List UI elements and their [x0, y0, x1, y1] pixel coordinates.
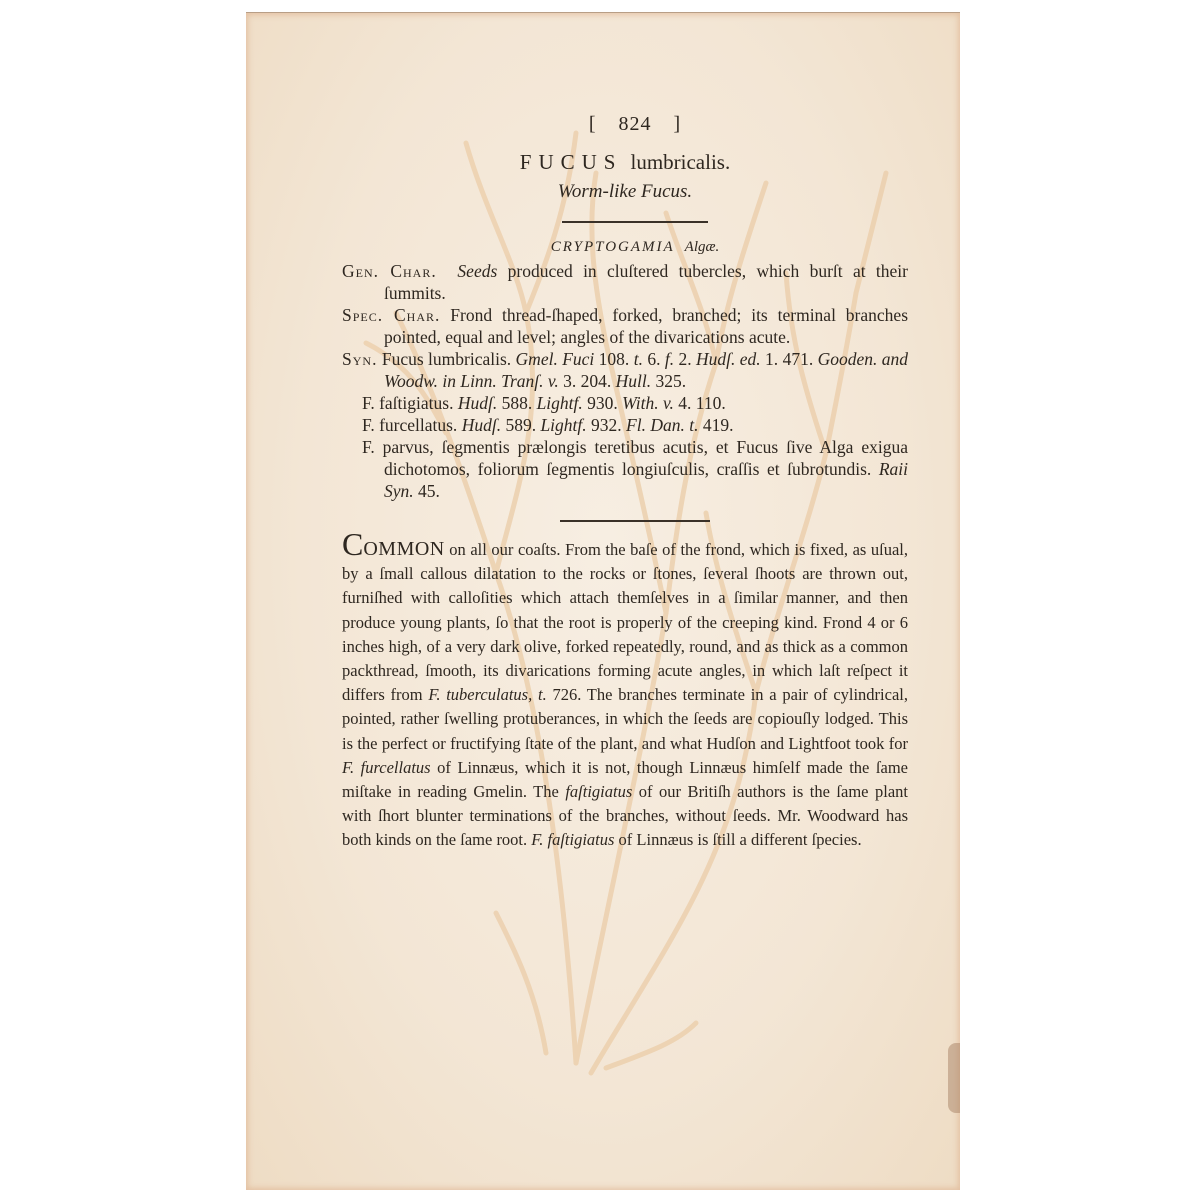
syn-text: F. parvus, ſegmentis prælongis teretibus…: [362, 437, 908, 479]
edge-stain: [948, 1043, 960, 1113]
syn-name: F. faſtigiatus.: [362, 393, 458, 413]
genus-name: FUCUS: [520, 150, 623, 174]
page-number-value: 824: [619, 113, 652, 135]
syn-ref: Gmel. Fuci: [516, 349, 595, 369]
spec-char-label: Spec. Char.: [342, 305, 440, 325]
syn-label: Syn.: [342, 349, 377, 369]
syn-text: 108.: [594, 349, 633, 369]
page-number: [824]: [362, 113, 908, 136]
divider-rule: [560, 520, 710, 522]
syn-name: F. furcellatus.: [362, 415, 462, 435]
specific-character: Spec. Char. Frond thread-ſhaped, forked,…: [342, 304, 908, 348]
classification: CRYPTOGAMIAAlgæ.: [362, 239, 908, 256]
body-italic: F. faſtigiatus: [531, 830, 614, 849]
body-italic: faſtigiatus: [565, 782, 632, 801]
synonym-furcellatus: F. furcellatus. Hudſ. 589. Lightf. 932. …: [342, 414, 908, 436]
common-name: Worm-like Fucus.: [342, 181, 908, 203]
spec-char-text: Frond thread-ſhaped, forked, branched; i…: [384, 305, 908, 347]
body-text: of Linnæus is ſtill a different ſpecies.: [614, 830, 861, 849]
syn-ref: Lightf.: [540, 415, 586, 435]
synonyms: Syn. Fucus lumbricalis. Gmel. Fuci 108. …: [342, 348, 908, 392]
syn-ref: Fl. Dan. t.: [626, 415, 698, 435]
syn-ref: Hudſ. ed.: [696, 349, 761, 369]
syn-ref: With. v.: [622, 393, 674, 413]
syn-text: 932.: [587, 415, 626, 435]
syn-ref: Hull.: [616, 371, 652, 391]
bracket-close: ]: [674, 113, 682, 135]
syn-text: 588.: [497, 393, 536, 413]
body-italic: F. furcellatus: [342, 758, 431, 777]
book-page: [824] FUCUSlumbricalis. Worm-like Fucus.…: [246, 12, 960, 1190]
species-name: lumbricalis.: [630, 150, 730, 174]
description-paragraph: COMMON on all our coaſts. From the baſe …: [342, 534, 908, 853]
syn-text: 325.: [651, 371, 686, 391]
syn-text: 930.: [583, 393, 622, 413]
drop-cap: C: [342, 526, 363, 562]
syn-ref: t.: [634, 349, 643, 369]
lead-caps: OMMON: [363, 538, 444, 560]
syn-text: 45.: [414, 481, 440, 501]
divider-rule: [562, 221, 708, 223]
page-content: [824] FUCUSlumbricalis. Worm-like Fucus.…: [342, 113, 908, 853]
bracket-open: [: [589, 113, 597, 135]
generic-character: Gen. Char. Seeds produced in cluſtered t…: [342, 260, 908, 304]
syn-text: 589.: [501, 415, 540, 435]
syn-text: 4. 110.: [674, 393, 726, 413]
syn-ref: f.: [665, 349, 674, 369]
gen-char-lead: Seeds: [457, 261, 497, 281]
syn-ref: Hudſ.: [458, 393, 497, 413]
syn-ref: Hudſ.: [462, 415, 501, 435]
syn-ref: Lightf.: [537, 393, 583, 413]
syn-text: 3. 204.: [559, 371, 616, 391]
syn-text: 2.: [674, 349, 696, 369]
syn-text: 1. 471.: [761, 349, 818, 369]
syn-text: 6.: [643, 349, 665, 369]
body-italic: F. tuberculatus, t.: [428, 685, 546, 704]
body-text: on all our coaſts. From the baſe of the …: [342, 540, 908, 704]
character-entries: Gen. Char. Seeds produced in cluſtered t…: [342, 260, 908, 502]
gen-char-label: Gen. Char.: [342, 261, 437, 281]
classification-class: CRYPTOGAMIA: [551, 239, 675, 255]
syn-text: Fucus lumbricalis.: [377, 349, 515, 369]
synonym-fastigiatus: F. faſtigiatus. Hudſ. 588. Lightf. 930. …: [342, 392, 908, 414]
syn-text: 419.: [698, 415, 733, 435]
species-title: FUCUSlumbricalis.: [342, 150, 908, 175]
classification-order: Algæ.: [685, 239, 720, 255]
synonym-parvus: F. parvus, ſegmentis prælongis teretibus…: [342, 436, 908, 502]
